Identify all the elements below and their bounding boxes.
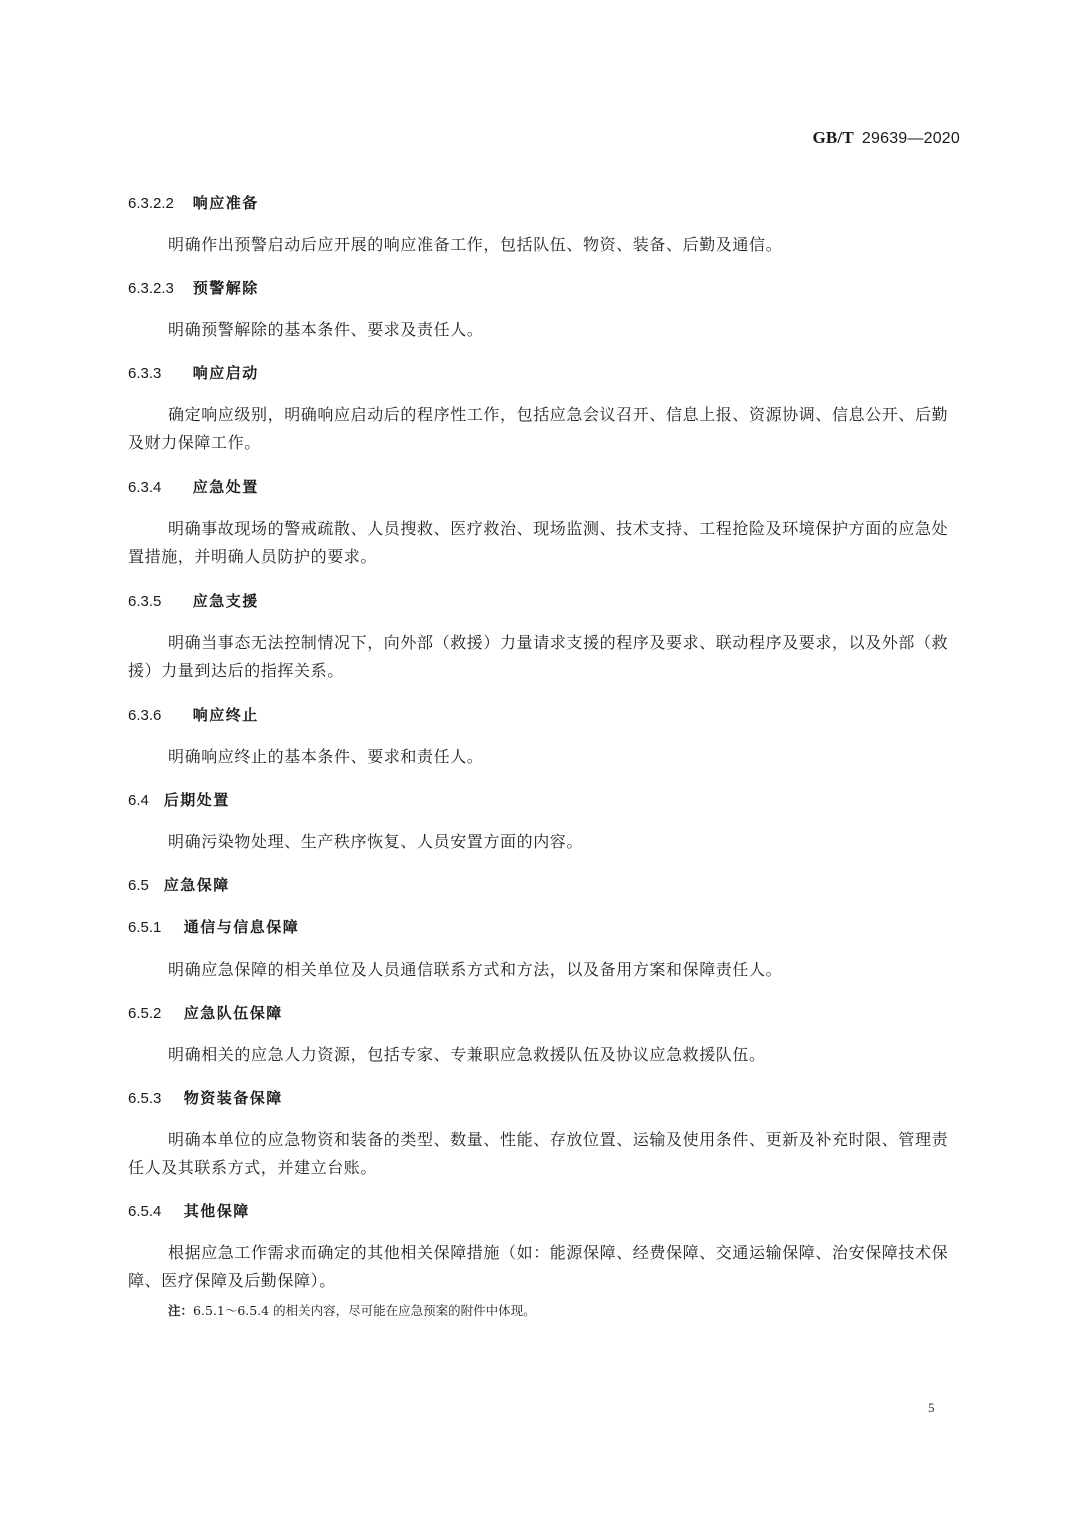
- section-heading: 6.3.6 响应终止: [128, 705, 259, 726]
- standard-header: GB/T29639—2020: [812, 128, 960, 148]
- note-label: 注：: [168, 1303, 193, 1318]
- section-body: 明确响应终止的基本条件、要求和责任人。: [128, 743, 963, 771]
- section-number: 6.5.4: [128, 1202, 179, 1222]
- section-number: 6.5.3: [128, 1089, 179, 1109]
- section-title: 应急支援: [193, 592, 259, 610]
- standard-prefix: GB/T: [812, 128, 853, 147]
- section-number: 6.3.3: [128, 364, 188, 384]
- section-title: 通信与信息保障: [184, 918, 300, 936]
- note-text: 6.5.1～6.5.4 的相关内容，尽可能在应急预案的附件中体现。: [193, 1303, 536, 1318]
- section-body: 明确当事态无法控制情况下，向外部（救援）力量请求支援的程序及要求、联动程序及要求…: [128, 629, 963, 685]
- section-body: 明确本单位的应急物资和装备的类型、数量、性能、存放位置、运输及使用条件、更新及补…: [128, 1126, 963, 1182]
- section-title: 应急保障: [164, 876, 230, 894]
- section-heading: 6.5.3 物资装备保障: [128, 1088, 283, 1109]
- section-body: 根据应急工作需求而确定的其他相关保障措施（如：能源保障、经费保障、交通运输保障、…: [128, 1239, 963, 1295]
- section-heading: 6.5.1 通信与信息保障: [128, 917, 299, 938]
- page-number: 5: [928, 1400, 935, 1416]
- section-number: 6.5.2: [128, 1004, 179, 1024]
- section-number: 6.5: [128, 876, 159, 896]
- section-body: 明确预警解除的基本条件、要求及责任人。: [128, 316, 963, 344]
- section-heading: 6.5.2 应急队伍保障: [128, 1003, 283, 1024]
- section-number: 6.3.4: [128, 478, 188, 498]
- section-title: 响应启动: [193, 364, 259, 382]
- document-page: GB/T29639—2020 6.3.2.2 响应准备 明确作出预警启动后应开展…: [0, 0, 1074, 1520]
- section-heading: 6.3.3 响应启动: [128, 363, 259, 384]
- section-body: 确定响应级别，明确响应启动后的程序性工作，包括应急会议召开、信息上报、资源协调、…: [128, 401, 963, 457]
- section-heading: 6.3.2.3 预警解除: [128, 278, 259, 299]
- section-heading: 6.5 应急保障: [128, 875, 230, 896]
- note: 注：6.5.1～6.5.4 的相关内容，尽可能在应急预案的附件中体现。: [168, 1302, 536, 1320]
- section-title: 物资装备保障: [184, 1089, 283, 1107]
- standard-number: 29639—2020: [862, 130, 960, 147]
- section-title: 应急处置: [193, 478, 259, 496]
- section-heading: 6.3.2.2 响应准备: [128, 193, 259, 214]
- section-number: 6.4: [128, 791, 159, 811]
- section-body: 明确污染物处理、生产秩序恢复、人员安置方面的内容。: [128, 828, 963, 856]
- section-title: 应急队伍保障: [184, 1004, 283, 1022]
- section-heading: 6.4 后期处置: [128, 790, 230, 811]
- section-number: 6.3.5: [128, 592, 188, 612]
- section-title: 其他保障: [184, 1202, 250, 1220]
- section-number: 6.3.6: [128, 706, 188, 726]
- section-number: 6.5.1: [128, 918, 179, 938]
- section-body: 明确相关的应急人力资源，包括专家、专兼职应急救援队伍及协议应急救援队伍。: [128, 1041, 963, 1069]
- section-title: 响应准备: [193, 194, 259, 212]
- section-number: 6.3.2.3: [128, 279, 188, 299]
- section-heading: 6.3.4 应急处置: [128, 477, 259, 498]
- section-title: 预警解除: [193, 279, 259, 297]
- section-title: 后期处置: [164, 791, 230, 809]
- section-heading: 6.5.4 其他保障: [128, 1201, 250, 1222]
- section-heading: 6.3.5 应急支援: [128, 591, 259, 612]
- section-body: 明确作出预警启动后应开展的响应准备工作，包括队伍、物资、装备、后勤及通信。: [128, 231, 963, 259]
- section-body: 明确应急保障的相关单位及人员通信联系方式和方法，以及备用方案和保障责任人。: [128, 956, 963, 984]
- section-body: 明确事故现场的警戒疏散、人员搜救、医疗救治、现场监测、技术支持、工程抢险及环境保…: [128, 515, 963, 571]
- section-title: 响应终止: [193, 706, 259, 724]
- section-number: 6.3.2.2: [128, 194, 188, 214]
